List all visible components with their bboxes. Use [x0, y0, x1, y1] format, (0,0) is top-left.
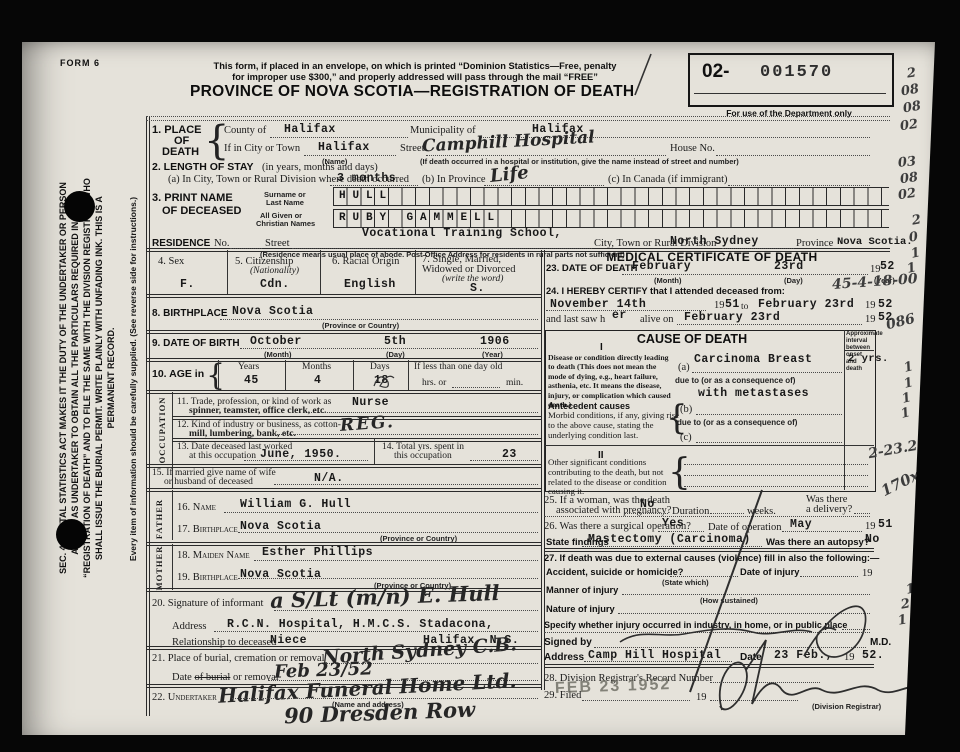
physician-signature [620, 629, 812, 642]
cause-title: CAUSE OF DEATH [582, 332, 802, 346]
registration-prefix: 02- [702, 61, 729, 83]
birth-year: 1906 [480, 335, 510, 348]
autopsy-value: No [865, 533, 880, 546]
signed-date: 23 Feb., [774, 649, 833, 662]
margin-note: 2 [900, 596, 912, 612]
margin-note: 03 [897, 154, 917, 171]
birth-month: October [250, 335, 302, 348]
signed-year: 52. [862, 649, 884, 662]
filed-date-stamp: FEB 23 1952 [555, 676, 672, 698]
findings-value: Mastectomy (Carcinoma) [588, 533, 751, 546]
informant-address: R.C.N. Hospital, H.M.C.S. Stadacona, [227, 618, 493, 631]
death-year: 52 [880, 260, 895, 273]
attended-from-year: 51 [725, 298, 740, 311]
margin-note: 08 [900, 82, 920, 100]
margin-note: 08 [899, 170, 919, 187]
registration-number-box: 02- 001570 [688, 53, 894, 107]
informant-signature: a S/Lt (m/n) E. Hull [270, 580, 500, 613]
given-name-value: RUBY GAMMELL [339, 212, 501, 224]
margin-note: 2 [906, 65, 917, 81]
surname-grid [333, 187, 889, 206]
form-left-border [146, 116, 150, 716]
margin-note: 08 [902, 99, 922, 117]
certificate-paper: FORM 6 This form, if placed in an envelo… [22, 42, 935, 735]
s2-province-stay-handwriting: Life [489, 162, 530, 187]
struck-of-burial: of burial [194, 672, 230, 683]
operation-value: Yes [662, 517, 684, 530]
form-top-border [146, 116, 890, 117]
operation-date: May [790, 518, 812, 531]
margin-note: 2 [911, 212, 923, 228]
mother-birthplace: Nova Scotia [240, 568, 321, 581]
racial-origin-value: English [344, 278, 396, 291]
last-alive-date: February 23rd [684, 311, 780, 324]
death-month: February [632, 260, 691, 273]
death-day: 23rd [774, 260, 804, 273]
attended-to-year: 52 [878, 298, 893, 311]
father-vlabel-wrap: FATHER [137, 514, 181, 524]
sex-value: F. [180, 278, 195, 291]
occupation-industry-handwriting: REG. [339, 412, 395, 436]
age-days: 18 [374, 374, 389, 387]
sidebar-everyitem-text: Every item of information should be care… [128, 169, 138, 589]
mail-notice: This form, if placed in an envelope, on … [208, 61, 622, 82]
age-years: 45 [244, 374, 259, 387]
margin-note: 1 [902, 359, 914, 376]
residence-province: Nova Scotia. [837, 236, 913, 248]
interval-caption: Approximate interval between onset and d… [846, 331, 873, 373]
residence-city: North Sydney [670, 235, 759, 248]
form-title: PROVINCE OF NOVA SCOTIA—REGISTRATION OF … [190, 83, 606, 101]
title-check-slash [635, 54, 651, 95]
antecedent-label: Morbid conditions, if any, giving rise t… [548, 411, 680, 440]
residence-institution: Vocational Training School, [362, 227, 562, 240]
age-months: 4 [314, 374, 321, 387]
birth-day: 5th [384, 335, 406, 348]
undertaker-address-handwriting: 90 Dresden Row [284, 697, 476, 729]
margin-note: 02 [899, 117, 919, 134]
father-name: William G. Hull [240, 498, 351, 511]
punch-hole-bottom [56, 519, 87, 550]
operation-year: 51 [878, 518, 893, 531]
cause-a-value: Carcinoma Breast [694, 353, 812, 366]
interval-value: 2 yrs. [848, 353, 889, 365]
s1-city-value: Halifax [318, 141, 370, 154]
margin-note: 1 [910, 245, 922, 262]
s1-county-value: Halifax [284, 123, 336, 136]
scanned-death-certificate: FORM 6 This form, if placed in an envelo… [0, 0, 960, 752]
attended-to-date: February 23rd [758, 298, 854, 311]
citizenship-value: Cdn. [260, 278, 290, 291]
margin-note: 02 [897, 186, 917, 203]
margin-note: 1 [897, 612, 909, 628]
pregnancy-value: No [640, 498, 655, 511]
attended-from-date: November 14th [550, 298, 646, 311]
birthplace-value: Nova Scotia [232, 305, 313, 318]
form-number: FORM 6 [60, 58, 100, 68]
last-saw-er: er [612, 309, 627, 322]
cause-a-sub: with metastases [698, 387, 809, 400]
mother-maiden-name: Esther Phillips [262, 546, 373, 559]
surname-value: HULL [339, 190, 393, 202]
s2-city-stay: 3 months [337, 172, 396, 185]
margin-note: 1 [899, 405, 911, 422]
other-conditions-label: Other significant conditions contributin… [548, 458, 684, 497]
occupation-trade: Nurse [352, 396, 389, 409]
registration-number: 001570 [760, 63, 833, 82]
mother-vlabel-wrap: MOTHER [136, 563, 182, 573]
margin-note: 0 [908, 229, 919, 245]
punch-hole-top [64, 191, 95, 222]
